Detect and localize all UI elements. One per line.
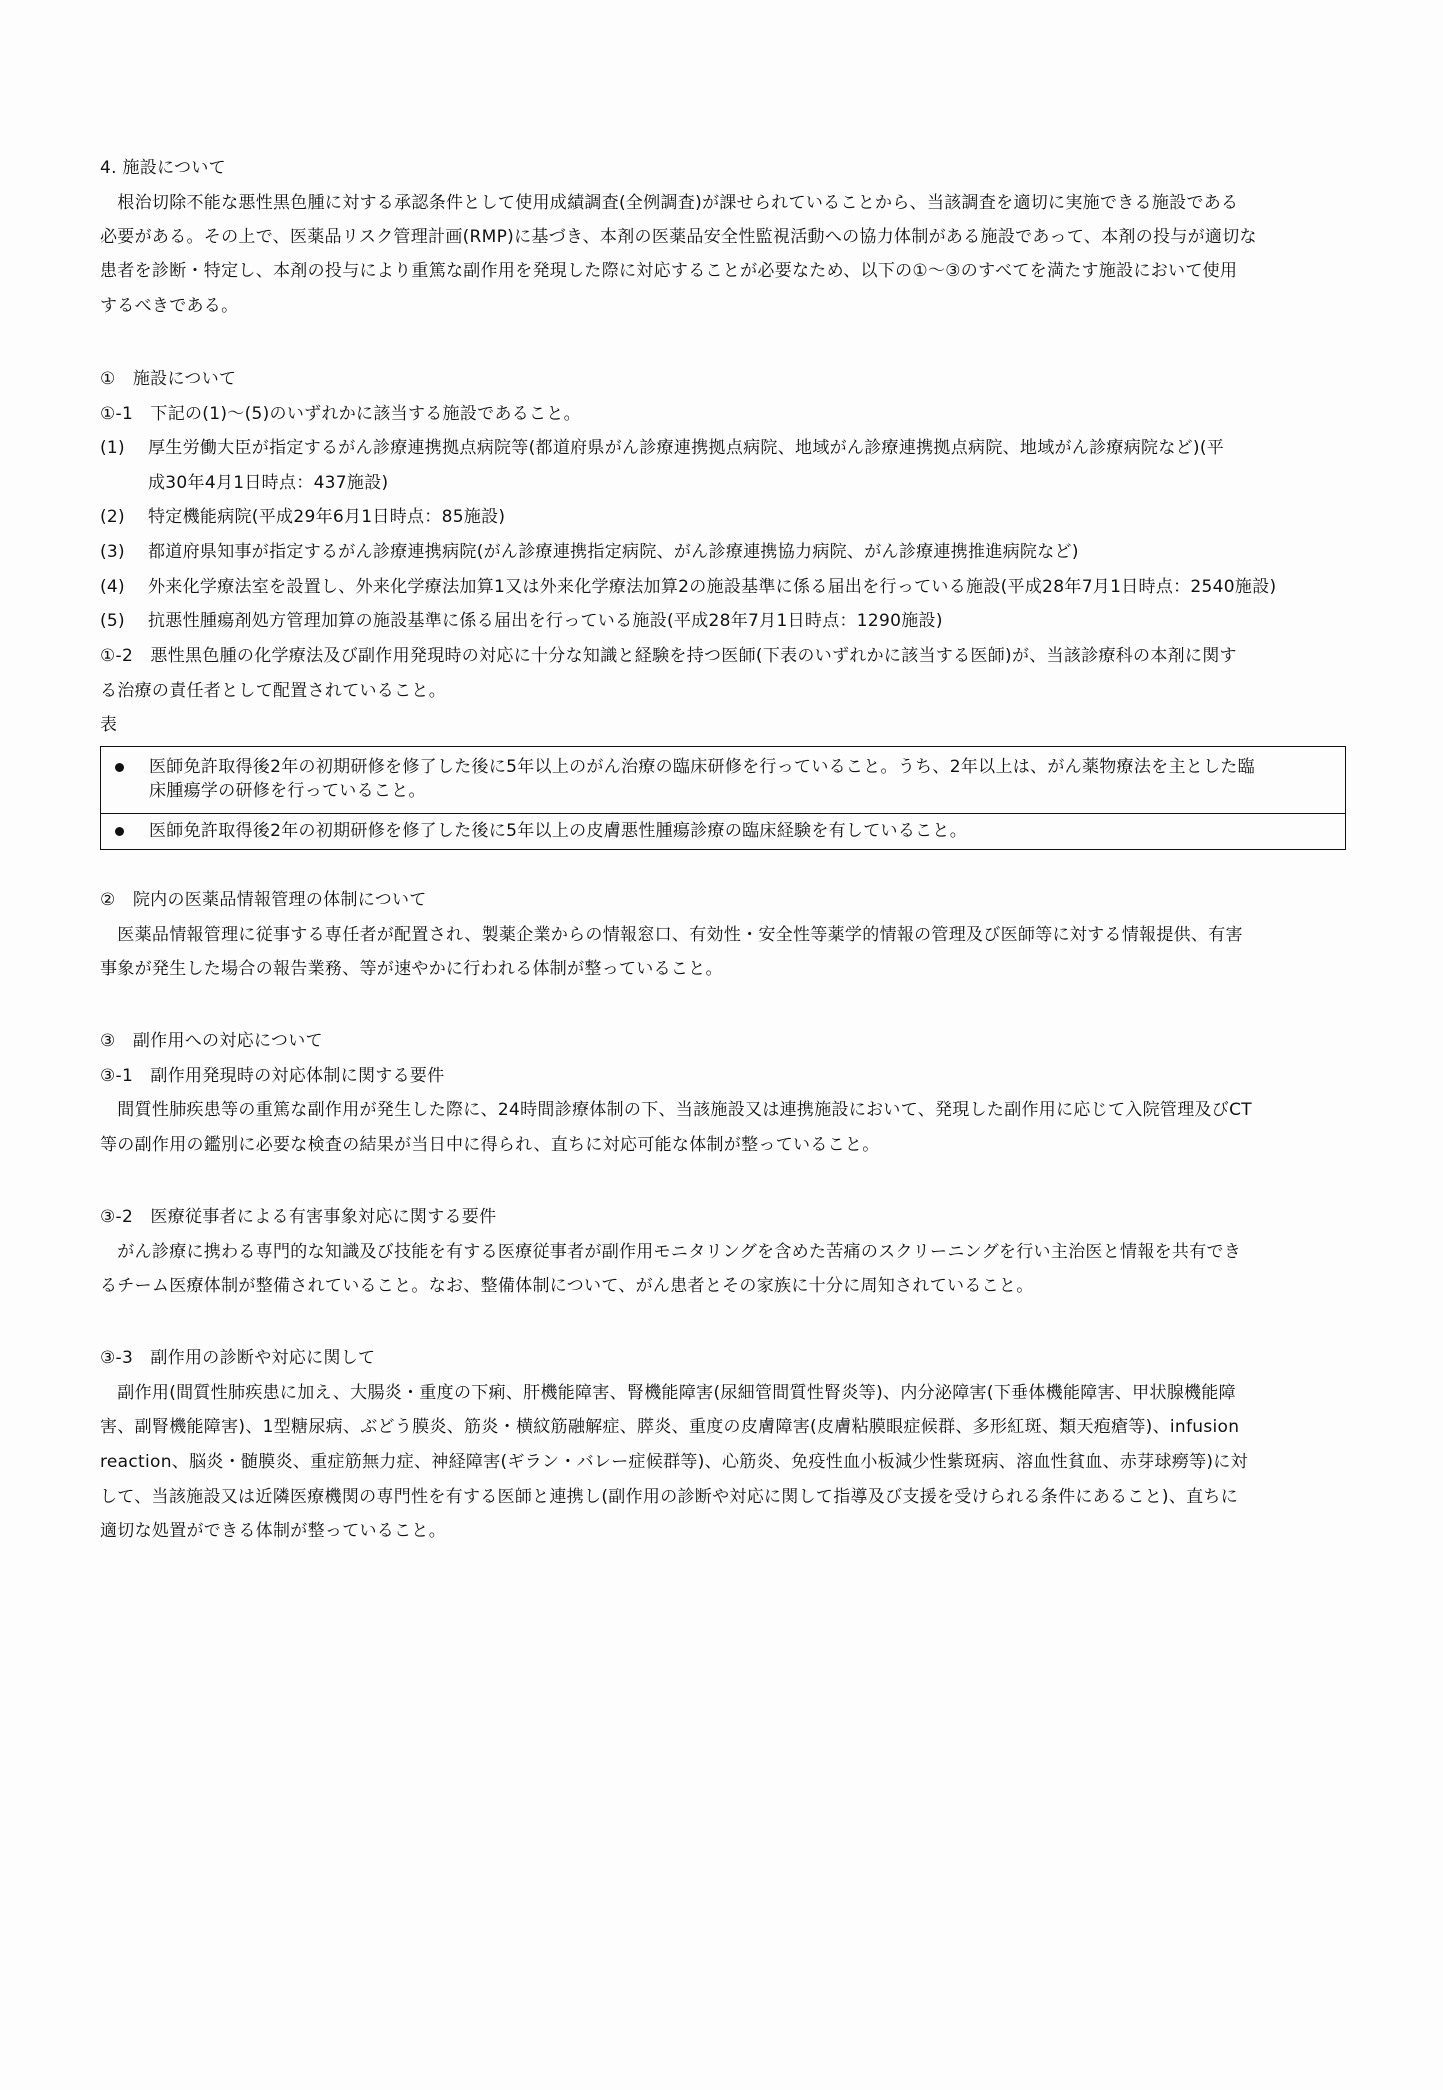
paragraph-line: 患者を診断・特定し、本剤の投与により重篤な副作用を発現した際に対応することが必要…	[100, 260, 1348, 282]
document-page: 4. 施設について 根治切除不能な悪性黒色腫に対する承認条件として使用成績調査(…	[0, 0, 1443, 2090]
section-heading: 4. 施設について	[100, 157, 1348, 179]
list-item-line: 抗悪性腫瘍剤処方管理加算の施設基準に係る届出を行っている施設(平成28年7月1日…	[148, 610, 1348, 632]
physician-requirements-table: 医師免許取得後2年の初期研修を修了した後に5年以上のがん治療の臨床研修を行ってい…	[100, 746, 1346, 850]
bullet-icon	[115, 827, 124, 836]
list-item-line: 厚生労働大臣が指定するがん診療連携拠点病院等(都道府県がん診療連携拠点病院、地域…	[148, 437, 1348, 459]
item3-heading: ③ 副作用への対応について	[100, 1030, 1348, 1052]
paragraph-line: 必要がある。その上で、医薬品リスク管理計画(RMP)に基づき、本剤の医薬品安全性…	[100, 226, 1348, 248]
paragraph-line: 事象が発生した場合の報告業務、等が速やかに行われる体制が整っていること。	[100, 958, 1348, 980]
paragraph-line: するべきである。	[100, 295, 1348, 317]
item1-2-line: る治療の責任者として配置されていること。	[100, 680, 1348, 702]
list-number: (2)	[100, 506, 140, 528]
paragraph-line: 間質性肺疾患等の重篤な副作用が発生した際に、24時間診療体制の下、当該施設又は連…	[100, 1099, 1348, 1121]
table-cell-line: 医師免許取得後2年の初期研修を修了した後に5年以上の皮膚悪性腫瘍診療の臨床経験を…	[149, 820, 967, 842]
list-number: (1)	[100, 437, 140, 459]
table-row: 医師免許取得後2年の初期研修を修了した後に5年以上のがん治療の臨床研修を行ってい…	[101, 747, 1345, 814]
paragraph-line: がん診療に携わる専門的な知識及び技能を有する医療従事者が副作用モニタリングを含め…	[100, 1241, 1348, 1263]
item3-2-heading: ③-2 医療従事者による有害事象対応に関する要件	[100, 1206, 1348, 1228]
list-number: (5)	[100, 610, 140, 632]
paragraph-line: 適切な処置ができる体制が整っていること。	[100, 1520, 1348, 1542]
item1-2-line: ①-2 悪性黒色腫の化学療法及び副作用発現時の対応に十分な知識と経験を持つ医師(…	[100, 645, 1348, 667]
paragraph-line: るチーム医療体制が整備されていること。なお、整備体制について、がん患者とその家族…	[100, 1275, 1348, 1297]
paragraph-line: 副作用(間質性肺疾患に加え、大腸炎・重度の下痢、肝機能障害、腎機能障害(尿細管間…	[100, 1382, 1348, 1404]
list-number: (3)	[100, 541, 140, 563]
paragraph-line: 害、副腎機能障害)、1型糖尿病、ぶどう膜炎、筋炎・横紋筋融解症、膵炎、重度の皮膚…	[100, 1416, 1348, 1438]
paragraph-line: して、当該施設又は近隣医療機関の専門性を有する医師と連携し(副作用の診断や対応に…	[100, 1486, 1348, 1508]
item3-3-heading: ③-3 副作用の診断や対応に関して	[100, 1347, 1348, 1369]
table-row: 医師免許取得後2年の初期研修を修了した後に5年以上の皮膚悪性腫瘍診療の臨床経験を…	[101, 814, 1345, 850]
item1-heading: ① 施設について	[100, 368, 1348, 390]
bullet-icon	[115, 763, 124, 772]
item1-1-heading: ①-1 下記の(1)～(5)のいずれかに該当する施設であること。	[100, 403, 1348, 425]
list-number: (4)	[100, 576, 140, 598]
list-item-line: 特定機能病院(平成29年6月1日時点：85施設)	[148, 506, 1348, 528]
item2-heading: ② 院内の医薬品情報管理の体制について	[100, 889, 1348, 911]
table-cell-line: 床腫瘍学の研修を行っていること。	[149, 780, 426, 802]
paragraph-line: 根治切除不能な悪性黒色腫に対する承認条件として使用成績調査(全例調査)が課せられ…	[100, 192, 1348, 214]
list-item-line: 都道府県知事が指定するがん診療連携病院(がん診療連携指定病院、がん診療連携協力病…	[148, 541, 1348, 563]
list-item-line: 成30年4月1日時点：437施設)	[148, 472, 1348, 494]
paragraph-line: 医薬品情報管理に従事する専任者が配置され、製薬企業からの情報窓口、有効性・安全性…	[100, 924, 1348, 946]
table-label: 表	[100, 714, 1348, 736]
item3-1-heading: ③-1 副作用発現時の対応体制に関する要件	[100, 1065, 1348, 1087]
list-item-line: 外来化学療法室を設置し、外来化学療法加算1又は外来化学療法加算2の施設基準に係る…	[148, 576, 1348, 598]
paragraph-line: reaction、脳炎・髄膜炎、重症筋無力症、神経障害(ギラン・バレー症候群等)…	[100, 1451, 1348, 1473]
table-cell-line: 医師免許取得後2年の初期研修を修了した後に5年以上のがん治療の臨床研修を行ってい…	[149, 756, 1255, 778]
paragraph-line: 等の副作用の鑑別に必要な検査の結果が当日中に得られ、直ちに対応可能な体制が整って…	[100, 1134, 1348, 1156]
